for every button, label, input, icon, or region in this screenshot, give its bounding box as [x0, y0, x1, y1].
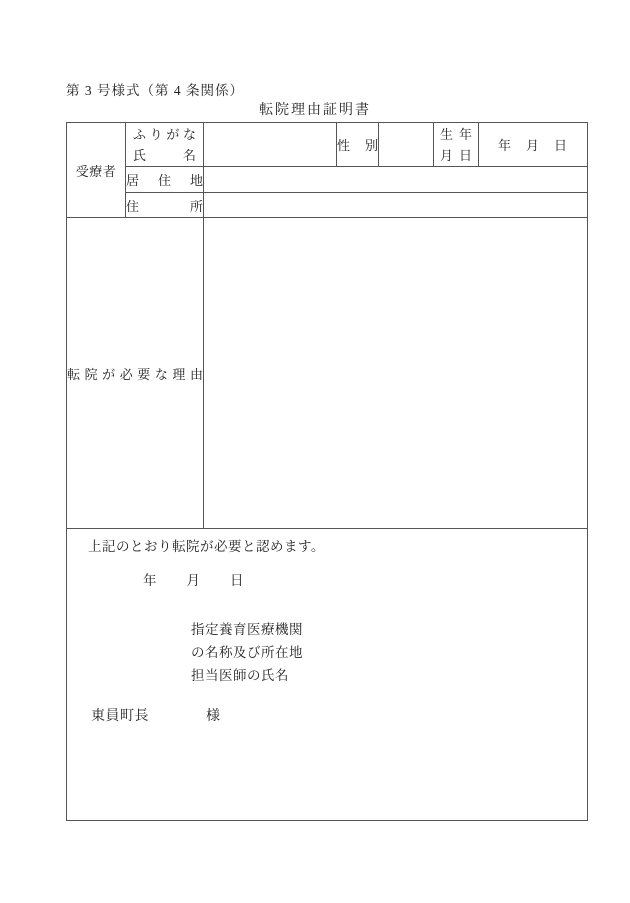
name-label: 氏名 [126, 145, 203, 166]
certification-statement: 上記のとおり転院が必要と認めます。 [88, 535, 325, 555]
furigana-name-label-cell: ふりがな 氏名 [126, 123, 204, 167]
institution-line-1: 指定養育医療機関 [191, 618, 303, 641]
furigana-label: ふりがな [126, 124, 203, 145]
birthdate-label-cell: 生年 月日 [434, 123, 479, 167]
mayor-label: 東員町長 [91, 709, 149, 724]
document-page: 第 3 号様式（第 4 条関係） 転院理由証明書 受療者 ふりがな 氏名 性別 [0, 0, 630, 903]
footer-section-cell: 上記のとおり転院が必要と認めます。 年 月 日 指定養育医療機関 の名称及び所在… [67, 529, 588, 821]
name-value-cell [204, 123, 337, 167]
patient-info-table: 受療者 ふりがな 氏名 性別 生年 月日 年 月 日 居住地 住所 [66, 122, 588, 821]
residence-label: 居住地 [126, 167, 204, 193]
date-line: 年 月 日 [143, 569, 245, 589]
document-title: 転院理由証明書 [0, 99, 630, 119]
institution-line-2: の名称及び所在地 [191, 641, 303, 664]
residence-value-cell [204, 167, 588, 193]
birthdate-label-line1: 生年 [434, 124, 478, 145]
institution-line-3: 担当医師の氏名 [191, 664, 303, 687]
address-value-cell [204, 193, 588, 218]
birthdate-value-cell: 年 月 日 [479, 123, 588, 167]
addressee-line: 東員町長様 [91, 705, 221, 725]
sex-value-cell [379, 123, 434, 167]
honorific-label: 様 [206, 705, 221, 725]
institution-block: 指定養育医療機関 の名称及び所在地 担当医師の氏名 [191, 618, 303, 687]
transfer-reason-label: 転院が必要な理由 [67, 218, 204, 529]
transfer-reason-value-cell [204, 218, 588, 529]
address-label: 住所 [126, 193, 204, 218]
birthdate-label-line2: 月日 [434, 145, 478, 166]
form-number-label: 第 3 号様式（第 4 条関係） [66, 79, 244, 99]
patient-group-label: 受療者 [67, 123, 126, 218]
sex-label: 性別 [337, 123, 379, 167]
